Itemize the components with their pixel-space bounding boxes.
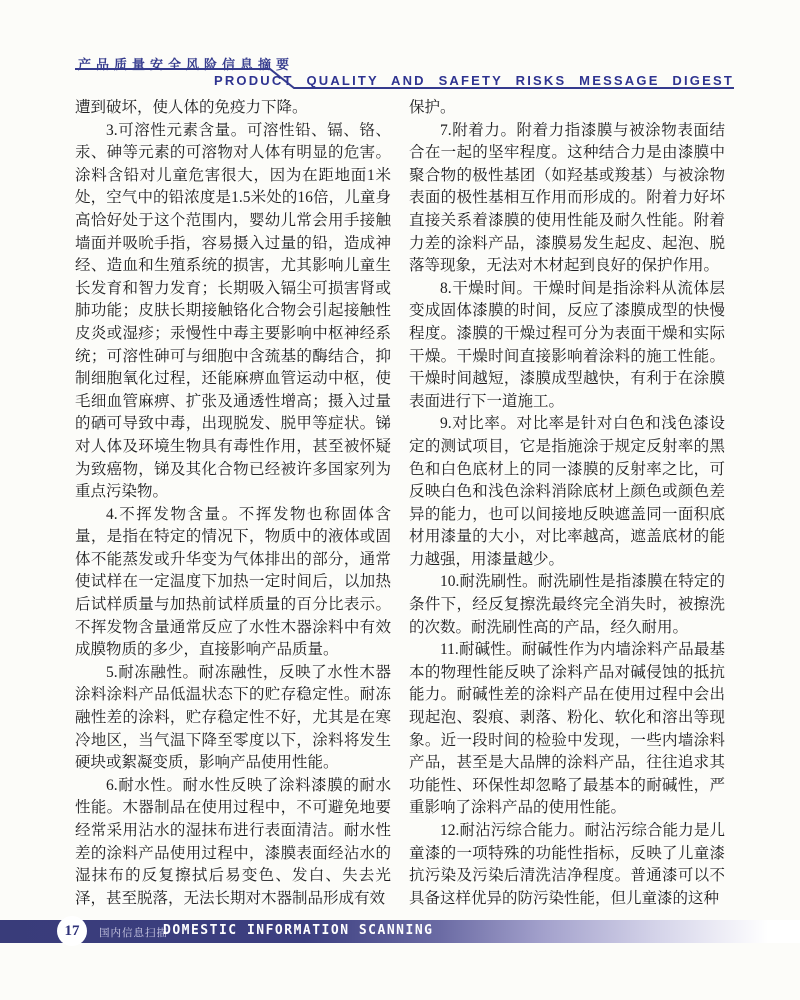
paragraph: 3.可溶性元素含量。可溶性铅、镉、铬、汞、砷等元素的可溶物对人体有明显的危害。涂… xyxy=(75,120,391,504)
paragraph: 8.干燥时间。干燥时间是指涂料从流体层变成固体漆膜的时间，反应了漆膜成型的快慢程… xyxy=(409,278,725,414)
document-page: 产品质量安全风险信息摘要 PRODUCT QUALITY AND SAFETY … xyxy=(0,0,800,1000)
left-column: 遭到破坏，使人体的免疫力下降。3.可溶性元素含量。可溶性铅、镉、铬、汞、砷等元素… xyxy=(75,97,391,915)
right-column: 保护。7.附着力。附着力指漆膜与被涂物表面结合在一起的坚牢程度。这种结合力是由漆… xyxy=(409,97,725,915)
article-body: 遭到破坏，使人体的免疫力下降。3.可溶性元素含量。可溶性铅、镉、铬、汞、砷等元素… xyxy=(75,97,725,915)
paragraph: 7.附着力。附着力指漆膜与被涂物表面结合在一起的坚牢程度。这种结合力是由漆膜中聚… xyxy=(409,120,725,278)
paragraph: 12.耐沾污综合能力。耐沾污综合能力是儿童漆的一项特殊的功能性指标，反映了儿童漆… xyxy=(409,820,725,910)
paragraph: 保护。 xyxy=(409,97,725,120)
paragraph: 10.耐洗刷性。耐洗刷性是指漆膜在特定的条件下，经反复擦洗最终完全消失时，被擦洗… xyxy=(409,571,725,639)
paragraph: 11.耐碱性。耐碱性作为内墙涂料产品最基本的物理性能反映了涂料产品对碱侵蚀的抵抗… xyxy=(409,639,725,820)
page-number: 17 xyxy=(65,923,80,940)
paragraph: 5.耐冻融性。耐冻融性，反映了水性木器涂料涂料产品低温状态下的贮存稳定性。耐冻融… xyxy=(75,662,391,775)
paragraph: 4.不挥发物含量。不挥发物也称固体含量，是指在特定的情况下，物质中的液体或固体不… xyxy=(75,504,391,662)
page-number-badge: 17 xyxy=(57,916,87,946)
paragraph: 6.耐水性。耐水性反映了涂料漆膜的耐水性能。木器制品在使用过程中，不可避免地要经… xyxy=(75,775,391,911)
paragraph: 遭到破坏，使人体的免疫力下降。 xyxy=(75,97,391,120)
footer-section-zh: 国内信息扫描 xyxy=(99,925,168,940)
footer-section-en: DOMESTIC INFORMATION SCANNING xyxy=(163,923,433,938)
paragraph: 9.对比率。对比率是针对白色和浅色漆设定的测试项目，它是指施涂于规定反射率的黑色… xyxy=(409,413,725,571)
header-title-en: PRODUCT QUALITY AND SAFETY RISKS MESSAGE… xyxy=(214,73,734,88)
